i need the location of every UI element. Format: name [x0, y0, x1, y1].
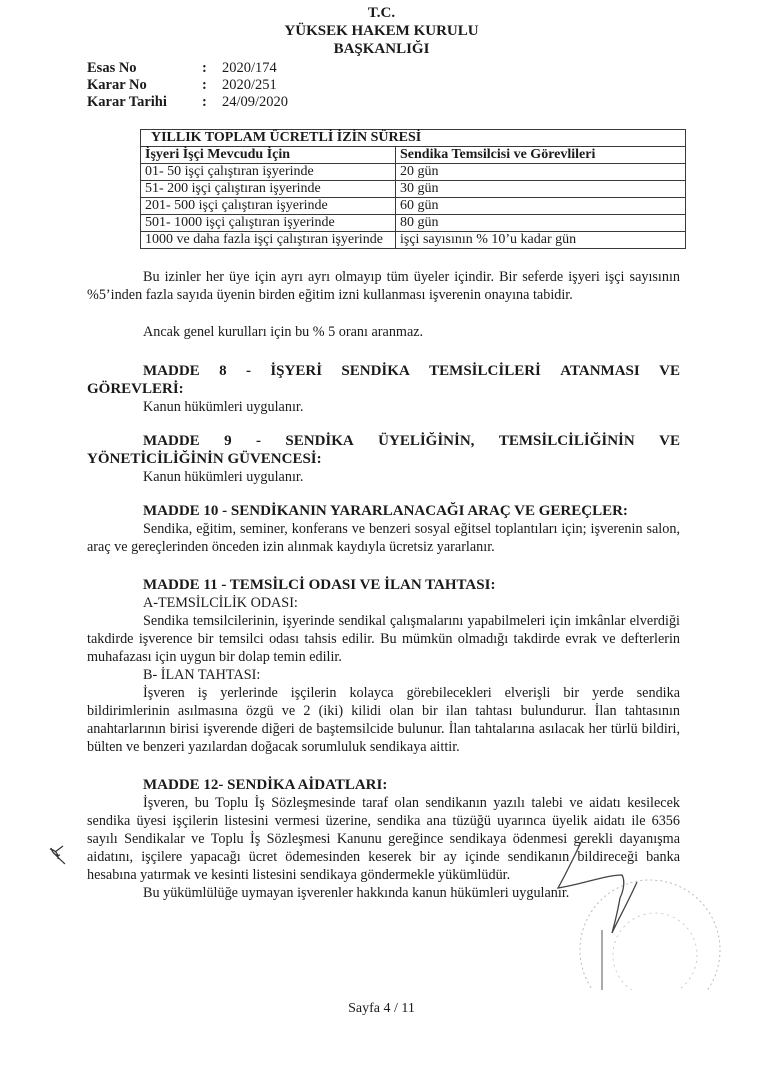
column-header: İşyeri İşçi Mevcudu İçin	[141, 147, 396, 164]
heading-word: 8	[219, 362, 227, 380]
madde-11-section: MADDE 11 - TEMSİLCİ ODASI VE İLAN TAHTAS…	[87, 576, 680, 756]
madde-11-heading: MADDE 11 - TEMSİLCİ ODASI VE İLAN TAHTAS…	[87, 576, 680, 594]
madde-12-heading: MADDE 12- SENDİKA AİDATLARI:	[87, 776, 680, 794]
heading-word: MADDE	[143, 432, 200, 450]
intro-paragraph-1: Bu izinler her üye için ayrı ayrı olmayı…	[87, 268, 680, 304]
madde-11-body-b: İşveren iş yerlerinde işçilerin kolayca …	[87, 684, 680, 756]
madde-10-section: MADDE 10 - SENDİKANIN YARARLANACAĞI ARAÇ…	[87, 502, 680, 556]
meta-label: Esas No	[87, 60, 202, 77]
madde-9-heading: MADDE 9 - SENDİKA ÜYELİĞİNİN, TEMSİLCİLİ…	[87, 432, 680, 450]
madde-8-heading-cont: GÖREVLERİ:	[87, 380, 680, 398]
heading-word: SENDİKA	[341, 362, 409, 380]
meta-karar-tarihi: Karar Tarihi : 24/09/2020	[87, 94, 288, 111]
heading-word: -	[246, 362, 251, 380]
handwritten-initial-icon	[45, 840, 75, 870]
meta-label: Karar No	[87, 77, 202, 94]
heading-word: İŞYERİ	[270, 362, 322, 380]
heading-word: ÜYELİĞİNİN,	[378, 432, 474, 450]
meta-karar-no: Karar No : 2020/251	[87, 77, 288, 94]
meta-esas-no: Esas No : 2020/174	[87, 60, 288, 77]
document-page: T.C. YÜKSEK HAKEM KURULU BAŞKANLIĞI Esas…	[0, 0, 763, 1080]
table-row: 201- 500 işçi çalıştıran işyerinde 60 gü…	[141, 198, 686, 215]
table-title: YILLIK TOPLAM ÜCRETLİ İZİN SÜRESİ	[141, 130, 686, 147]
table-row: 01- 50 işçi çalıştıran işyerinde 20 gün	[141, 164, 686, 181]
header-tc: T.C.	[0, 5, 763, 22]
header-department: BAŞKANLIĞI	[0, 41, 763, 58]
table-cell: 01- 50 işçi çalıştıran işyerinde	[141, 164, 396, 181]
column-header: Sendika Temsilcisi ve Görevlileri	[396, 147, 686, 164]
heading-word: MADDE	[143, 362, 200, 380]
madde-11-subheading-a: A-TEMSİLCİLİK ODASI:	[87, 594, 680, 612]
signature-stamp-icon	[540, 830, 760, 990]
heading-word: -	[256, 432, 261, 450]
madde-10-heading: MADDE 10 - SENDİKANIN YARARLANACAĞI ARAÇ…	[87, 502, 680, 520]
annual-leave-table: YILLIK TOPLAM ÜCRETLİ İZİN SÜRESİ İşyeri…	[140, 129, 686, 249]
meta-value: 2020/251	[222, 77, 277, 94]
madde-9-heading-cont: YÖNETİCİLİĞİNİN GÜVENCESİ:	[87, 450, 680, 468]
madde-10-body: Sendika, eğitim, seminer, konferans ve b…	[87, 520, 680, 556]
table-cell: işçi sayısının % 10’u kadar gün	[396, 232, 686, 249]
madde-8-heading: MADDE 8 - İŞYERİ SENDİKA TEMSİLCİLERİ AT…	[87, 362, 680, 380]
madde-11-body-a: Sendika temsilcilerinin, işyerinde sendi…	[87, 612, 680, 666]
heading-word: 9	[224, 432, 232, 450]
heading-word: VE	[659, 362, 680, 380]
table-row: 501- 1000 işçi çalıştıran işyerinde 80 g…	[141, 215, 686, 232]
table-cell: 20 gün	[396, 164, 686, 181]
heading-word: SENDİKA	[285, 432, 353, 450]
heading-word: ATANMASI	[560, 362, 639, 380]
table-cell: 501- 1000 işçi çalıştıran işyerinde	[141, 215, 396, 232]
table-title-row: YILLIK TOPLAM ÜCRETLİ İZİN SÜRESİ	[141, 130, 686, 147]
meta-separator: :	[202, 60, 222, 77]
table-cell: 30 gün	[396, 181, 686, 198]
meta-separator: :	[202, 77, 222, 94]
meta-label: Karar Tarihi	[87, 94, 202, 111]
table-cell: 51- 200 işçi çalıştıran işyerinde	[141, 181, 396, 198]
madde-11-subheading-b: B- İLAN TAHTASI:	[87, 666, 680, 684]
heading-word: TEMSİLCİLERİ	[429, 362, 541, 380]
table-cell: 80 gün	[396, 215, 686, 232]
heading-word: VE	[659, 432, 680, 450]
heading-word: TEMSİLCİLİĞİNİN	[499, 432, 635, 450]
meta-separator: :	[202, 94, 222, 111]
madde-9-section: MADDE 9 - SENDİKA ÜYELİĞİNİN, TEMSİLCİLİ…	[87, 432, 680, 486]
page-number: Sayfa 4 / 11	[0, 1001, 763, 1017]
table-row: 1000 ve daha fazla işçi çalıştıran işyer…	[141, 232, 686, 249]
meta-value: 2020/174	[222, 60, 277, 77]
table-cell: 60 gün	[396, 198, 686, 215]
meta-value: 24/09/2020	[222, 94, 288, 111]
table-cell: 1000 ve daha fazla işçi çalıştıran işyer…	[141, 232, 396, 249]
table-cell: 201- 500 işçi çalıştıran işyerinde	[141, 198, 396, 215]
header-institution: YÜKSEK HAKEM KURULU	[0, 23, 763, 40]
table-row: 51- 200 işçi çalıştıran işyerinde 30 gün	[141, 181, 686, 198]
intro-paragraph-2: Ancak genel kurulları için bu % 5 oranı …	[87, 323, 680, 341]
madde-8-body: Kanun hükümleri uygulanır.	[87, 398, 680, 416]
madde-9-body: Kanun hükümleri uygulanır.	[87, 468, 680, 486]
table-header-row: İşyeri İşçi Mevcudu İçin Sendika Temsilc…	[141, 147, 686, 164]
madde-8-section: MADDE 8 - İŞYERİ SENDİKA TEMSİLCİLERİ AT…	[87, 362, 680, 416]
case-metadata: Esas No : 2020/174 Karar No : 2020/251 K…	[87, 60, 288, 111]
